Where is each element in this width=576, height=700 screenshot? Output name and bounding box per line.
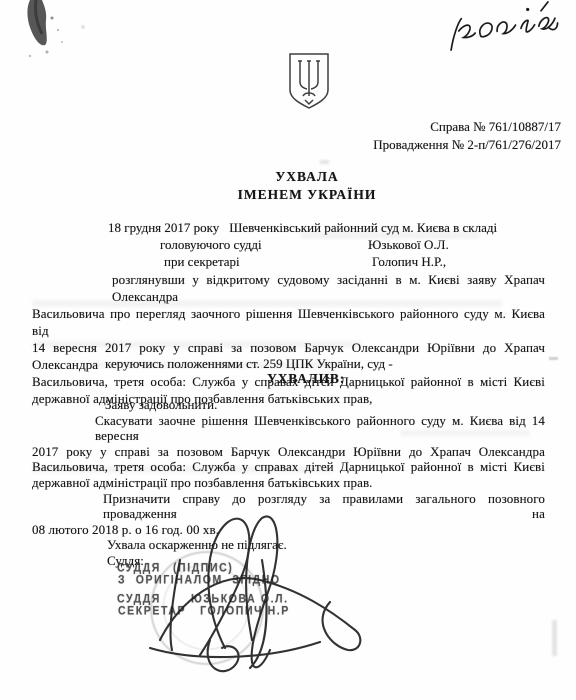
- stamp-secretary-name: ГОЛОПИЧ Н.Р: [200, 604, 290, 618]
- secretary-name: Голопич Н.Р.,: [372, 253, 446, 270]
- scan-smear: [32, 300, 502, 307]
- secretary-label: при секретарі: [32, 254, 240, 269]
- resolved-heading: УХВАЛИВ:: [18, 371, 576, 387]
- title-in-the-name-of-ukraine: ІМЕНЕМ УКРАЇНИ: [19, 186, 576, 204]
- presiding-judge-label: головуючого судді: [32, 237, 262, 252]
- text-line: 2017 року у справі за позовом Барчук Оле…: [32, 444, 545, 460]
- document-title: УХВАЛА ІМЕНЕМ УКРАЇНИ: [19, 168, 576, 204]
- text-line: державної адміністрації про позбавлення …: [32, 475, 545, 491]
- scan-smear: [300, 232, 480, 239]
- scan-mark: [549, 357, 558, 360]
- text-line: Призначити справу до розгляду за правила…: [32, 491, 545, 522]
- scan-smear: [32, 466, 332, 473]
- scan-smear: [400, 430, 530, 436]
- scan-mark: [320, 160, 329, 164]
- court-composition-block: 18 грудня 2017 рокуШевченківський районн…: [32, 219, 545, 270]
- case-reference-block: Справа № 761/10887/17 Провадження № 2-п/…: [373, 118, 561, 154]
- satisfy-line: Заяву задовольнити.: [32, 397, 545, 413]
- scanned-court-ruling-document: Справа № 761/10887/17 Провадження № 2-п/…: [0, 0, 576, 700]
- operative-part: Заяву задовольнити. Скасувати заочне ріш…: [32, 397, 545, 569]
- case-number: Справа № 761/10887/17: [373, 118, 561, 136]
- scan-smear: [90, 362, 340, 368]
- proceeding-number: Провадження № 2-п/761/276/2017: [373, 136, 561, 154]
- judge-signature-label: Суддя:: [32, 553, 545, 569]
- stamp-secretary-label: СЕКРЕТАР: [118, 604, 186, 618]
- handwritten-copy-note: [430, 0, 576, 60]
- stamp-certified-true-copy-line: З ОРИГІНАЛОМ ЗГІДНО: [118, 573, 281, 587]
- text-line: Васильовича про перегляд заочного рішенн…: [32, 305, 545, 339]
- text-line: 08 лютого 2018 р. о 16 год. 00 хв.: [32, 522, 545, 538]
- ukraine-trident-emblem-icon: [286, 52, 332, 110]
- decision-date: 18 грудня 2017 року: [108, 220, 219, 235]
- secretary-line: при секретарі Голопич Н.Р.,: [32, 253, 545, 270]
- paragraph-schedule-hearing: Призначити справу до розгляду за правила…: [32, 491, 545, 538]
- paragraph-cancel-judgment: Скасувати заочне рішення Шевченківського…: [32, 413, 545, 491]
- title-uhvala: УХВАЛА: [19, 168, 576, 186]
- text-line: Скасувати заочне рішення Шевченківського…: [32, 413, 545, 444]
- scan-smear: [32, 341, 362, 348]
- scan-mark: [552, 620, 557, 656]
- no-appeal-line: Ухвала оскарженню не підлягає.: [32, 537, 545, 553]
- stamp-secretary-line: СЕКРЕТАРГОЛОПИЧ Н.Р: [118, 604, 290, 618]
- ink-smudge-icon: [0, 0, 100, 70]
